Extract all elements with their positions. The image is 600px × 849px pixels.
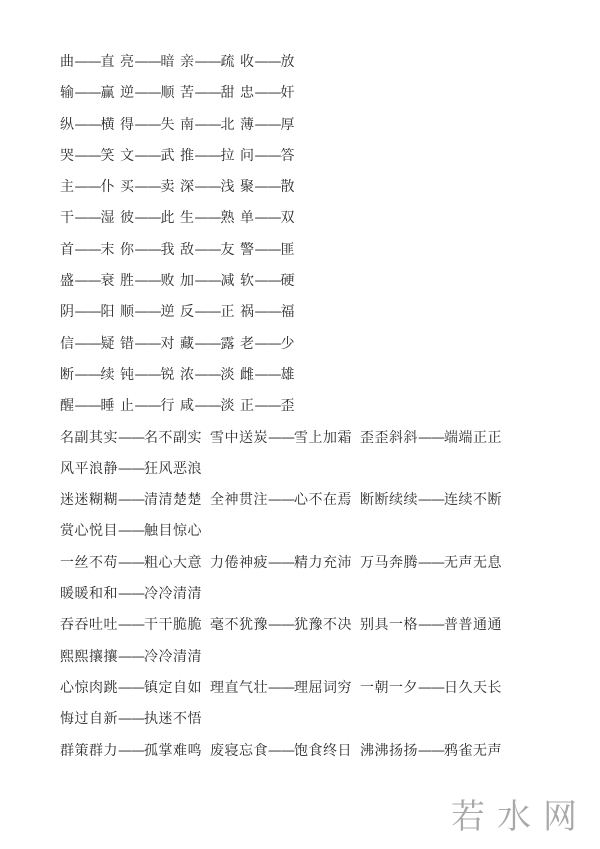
separator-dash: ——: [255, 271, 281, 291]
word-right: 逆: [161, 304, 176, 320]
idiom-pair: 赏心悦目——触目惊心: [60, 521, 202, 541]
antonym-pair: 曲——直: [60, 52, 115, 72]
watermark-subtext: [445, 836, 595, 844]
word-right: 疑: [101, 336, 116, 352]
antonym-line: 主——仆买——卖深——浅聚——散: [60, 177, 560, 208]
word-right: 拉: [221, 148, 236, 164]
word-left: 逆: [120, 85, 135, 101]
word-right: 少: [281, 336, 296, 352]
antonym-pair: 买——卖: [120, 177, 175, 197]
separator-dash: ——: [135, 271, 161, 291]
word-left: 干: [60, 210, 75, 226]
separator-dash: ——: [195, 146, 221, 166]
word-right: 犹豫不决: [294, 617, 352, 633]
separator-dash: ——: [135, 240, 161, 260]
word-left: 废寝忘食: [210, 743, 268, 759]
word-right: 锐: [161, 367, 176, 383]
antonym-pair: 钝——锐: [120, 365, 175, 385]
word-left: 止: [120, 398, 135, 414]
antonym-line: 哭——笑文——武推——拉问——答: [60, 146, 560, 177]
word-right: 此: [161, 210, 176, 226]
separator-dash: ——: [195, 208, 221, 228]
word-left: 软: [240, 273, 255, 289]
separator-dash: ——: [75, 334, 101, 354]
separator-dash: ——: [268, 490, 294, 510]
word-right: 镇定自如: [144, 680, 202, 696]
word-left: 风平浪静: [60, 461, 118, 477]
word-right: 横: [101, 117, 116, 133]
word-right: 执迷不悟: [144, 711, 202, 727]
antonym-pair: 彼——此: [120, 208, 175, 228]
antonym-line: 曲——直亮——暗亲——疏收——放: [60, 52, 560, 83]
separator-dash: ——: [195, 302, 221, 322]
word-left: 悔过自新: [60, 711, 118, 727]
word-right: 放: [281, 54, 296, 70]
word-left: 文: [120, 148, 135, 164]
word-left: 断: [60, 367, 75, 383]
word-right: 硬: [281, 273, 296, 289]
word-left: 薄: [240, 117, 255, 133]
word-left: 断断续续: [360, 492, 418, 508]
word-right: 我: [161, 242, 176, 258]
word-left: 醒: [60, 398, 75, 414]
word-left: 苦: [180, 85, 195, 101]
antonym-pair: 断——续: [60, 365, 115, 385]
separator-dash: ——: [195, 396, 221, 416]
word-left: 老: [240, 336, 255, 352]
word-right: 干干脆脆: [144, 617, 202, 633]
idiom-line: 悔过自新——执迷不悟: [60, 709, 560, 740]
antonym-pair: 文——武: [120, 146, 175, 166]
word-right: 理屈词穷: [294, 680, 352, 696]
antonym-pair: 亲——疏: [180, 52, 235, 72]
separator-dash: ——: [268, 615, 294, 635]
separator-dash: ——: [135, 83, 161, 103]
separator-dash: ——: [255, 177, 281, 197]
idiom-line: 风平浪静——狂风恶浪: [60, 459, 560, 490]
word-right: 鸦雀无声: [444, 743, 502, 759]
word-right: 阳: [101, 304, 116, 320]
separator-dash: ——: [118, 741, 144, 761]
separator-dash: ——: [135, 52, 161, 72]
word-left: 迷迷糊糊: [60, 492, 118, 508]
antonym-pair: 深——浅: [180, 177, 235, 197]
antonym-pair: 阴——阳: [60, 302, 115, 322]
separator-dash: ——: [75, 396, 101, 416]
word-left: 吞吞吐吐: [60, 617, 118, 633]
idiom-line: 吞吞吐吐——干干脆脆毫不犹豫——犹豫不决别具一格——普普通通: [60, 615, 560, 646]
separator-dash: ——: [418, 741, 444, 761]
word-right: 心不在焉: [294, 492, 352, 508]
separator-dash: ——: [195, 52, 221, 72]
word-right: 笑: [101, 148, 116, 164]
idiom-pair: 毫不犹豫——犹豫不决: [210, 615, 352, 635]
separator-dash: ——: [135, 146, 161, 166]
word-right: 正: [221, 304, 236, 320]
separator-dash: ——: [255, 396, 281, 416]
antonym-pair: 软——硬: [240, 271, 295, 291]
word-right: 奸: [281, 85, 296, 101]
idiom-pair: 万马奔腾——无声无息: [360, 553, 502, 573]
separator-dash: ——: [75, 208, 101, 228]
word-left: 聚: [240, 179, 255, 195]
word-left: 输: [60, 85, 75, 101]
word-right: 冷冷清清: [144, 649, 202, 665]
word-left: 暖暖和和: [60, 586, 118, 602]
antonym-pair: 主——仆: [60, 177, 115, 197]
word-right: 淡: [221, 398, 236, 414]
idiom-pair: 废寝忘食——饱食终日: [210, 741, 352, 761]
separator-dash: ——: [135, 365, 161, 385]
antonym-pair: 祸——福: [240, 302, 295, 322]
word-left: 盛: [60, 273, 75, 289]
word-right: 露: [221, 336, 236, 352]
idiom-line: 熙熙攘攘——冷冷清清: [60, 647, 560, 678]
word-right: 仆: [101, 179, 116, 195]
word-left: 你: [120, 242, 135, 258]
word-left: 全神贯注: [210, 492, 268, 508]
word-right: 雪上加霜: [294, 430, 352, 446]
word-left: 一朝一夕: [360, 680, 418, 696]
word-left: 正: [240, 398, 255, 414]
word-right: 卖: [161, 179, 176, 195]
word-right: 熟: [221, 210, 236, 226]
separator-dash: ——: [195, 115, 221, 135]
idiom-line: 暖暖和和——冷冷清清: [60, 584, 560, 615]
word-right: 末: [101, 242, 116, 258]
separator-dash: ——: [195, 334, 221, 354]
word-right: 触目惊心: [144, 523, 202, 539]
idiom-pair: 力倦神疲——精力充沛: [210, 553, 352, 573]
word-left: 赏心悦目: [60, 523, 118, 539]
antonym-pair: 收——放: [240, 52, 295, 72]
separator-dash: ——: [135, 115, 161, 135]
idiom-line: 群策群力——孤掌难鸣废寝忘食——饱食终日沸沸扬扬——鸦雀无声: [60, 741, 560, 772]
antonym-pair: 干——湿: [60, 208, 115, 228]
antonym-pair: 盛——衰: [60, 271, 115, 291]
word-left: 深: [180, 179, 195, 195]
word-left: 名副其实: [60, 430, 118, 446]
word-right: 甜: [221, 85, 236, 101]
word-left: 雪中送炭: [210, 430, 268, 446]
separator-dash: ——: [135, 396, 161, 416]
word-right: 淡: [221, 367, 236, 383]
antonym-pair: 胜——败: [120, 271, 175, 291]
separator-dash: ——: [418, 428, 444, 448]
word-left: 亲: [180, 54, 195, 70]
word-left: 熙熙攘攘: [60, 649, 118, 665]
word-left: 推: [180, 148, 195, 164]
word-left: 得: [120, 117, 135, 133]
word-right: 湿: [101, 210, 116, 226]
separator-dash: ——: [118, 521, 144, 541]
word-left: 阴: [60, 304, 75, 320]
antonym-pair: 正——歪: [240, 396, 295, 416]
antonym-pair: 老——少: [240, 334, 295, 354]
word-right: 雄: [281, 367, 296, 383]
word-left: 问: [240, 148, 255, 164]
idiom-pair: 歪歪斜斜——端端正正: [360, 428, 502, 448]
word-left: 亮: [120, 54, 135, 70]
separator-dash: ——: [75, 83, 101, 103]
word-left: 南: [180, 117, 195, 133]
word-left: 万马奔腾: [360, 555, 418, 571]
separator-dash: ——: [255, 146, 281, 166]
separator-dash: ——: [118, 553, 144, 573]
antonym-pair: 首——末: [60, 240, 115, 260]
antonym-pair: 生——熟: [180, 208, 235, 228]
word-right: 散: [281, 179, 296, 195]
separator-dash: ——: [418, 678, 444, 698]
word-right: 睡: [101, 398, 116, 414]
idiom-pair: 一丝不苟——粗心大意: [60, 553, 202, 573]
word-left: 钝: [120, 367, 135, 383]
idiom-pair: 暖暖和和——冷冷清清: [60, 584, 202, 604]
separator-dash: ——: [268, 553, 294, 573]
idiom-pair: 一朝一夕——日久天长: [360, 678, 502, 698]
separator-dash: ——: [255, 208, 281, 228]
word-right: 匪: [281, 242, 296, 258]
word-left: 祸: [240, 304, 255, 320]
antonym-pair: 推——拉: [180, 146, 235, 166]
word-right: 赢: [101, 85, 116, 101]
idiom-pair: 别具一格——普普通通: [360, 615, 502, 635]
antonym-pair: 错——对: [120, 334, 175, 354]
antonym-pair: 得——失: [120, 115, 175, 135]
antonym-pair: 纵——横: [60, 115, 115, 135]
antonym-pair: 浓——淡: [180, 365, 235, 385]
word-right: 狂风恶浪: [144, 461, 202, 477]
idiom-pair: 雪中送炭——雪上加霜: [210, 428, 352, 448]
document-page: 曲——直亮——暗亲——疏收——放输——赢逆——顺苦——甜忠——奸纵——横得——失…: [60, 52, 560, 772]
separator-dash: ——: [135, 177, 161, 197]
separator-dash: ——: [268, 428, 294, 448]
word-right: 福: [281, 304, 296, 320]
antonym-line: 干——湿彼——此生——熟单——双: [60, 208, 560, 239]
separator-dash: ——: [195, 240, 221, 260]
antonym-pair: 雌——雄: [240, 365, 295, 385]
idiom-pair: 群策群力——孤掌难鸣: [60, 741, 202, 761]
word-right: 端端正正: [444, 430, 502, 446]
separator-dash: ——: [255, 240, 281, 260]
antonym-line: 信——疑错——对藏——露老——少: [60, 334, 560, 365]
antonym-pair: 藏——露: [180, 334, 235, 354]
idiom-pair: 悔过自新——执迷不悟: [60, 709, 202, 729]
separator-dash: ——: [75, 365, 101, 385]
antonym-pair: 哭——笑: [60, 146, 115, 166]
antonym-line: 断——续钝——锐浓——淡雌——雄: [60, 365, 560, 396]
separator-dash: ——: [268, 678, 294, 698]
antonym-pair: 反——正: [180, 302, 235, 322]
separator-dash: ——: [418, 615, 444, 635]
word-right: 减: [221, 273, 236, 289]
antonym-pair: 加——减: [180, 271, 235, 291]
antonym-pair: 单——双: [240, 208, 295, 228]
idiom-pair: 全神贯注——心不在焉: [210, 490, 352, 510]
word-left: 沸沸扬扬: [360, 743, 418, 759]
word-right: 暗: [161, 54, 176, 70]
word-right: 续: [101, 367, 116, 383]
antonym-pair: 苦——甜: [180, 83, 235, 103]
idiom-pair: 迷迷糊糊——清清楚楚: [60, 490, 202, 510]
word-left: 曲: [60, 54, 75, 70]
separator-dash: ——: [118, 490, 144, 510]
word-left: 信: [60, 336, 75, 352]
antonym-pair: 忠——奸: [240, 83, 295, 103]
word-left: 浓: [180, 367, 195, 383]
word-right: 双: [281, 210, 296, 226]
word-right: 普普通通: [444, 617, 502, 633]
antonym-line: 首——末你——我敌——友警——匪: [60, 240, 560, 271]
word-right: 北: [221, 117, 236, 133]
idiom-pair: 理直气壮——理屈词穷: [210, 678, 352, 698]
antonym-pair: 输——赢: [60, 83, 115, 103]
idiom-pair: 断断续续——连续不断: [360, 490, 502, 510]
word-left: 纵: [60, 117, 75, 133]
word-right: 粗心大意: [144, 555, 202, 571]
antonym-pair: 醒——睡: [60, 396, 115, 416]
separator-dash: ——: [118, 647, 144, 667]
word-left: 顺: [120, 304, 135, 320]
word-right: 连续不断: [444, 492, 502, 508]
word-left: 买: [120, 179, 135, 195]
word-left: 首: [60, 242, 75, 258]
separator-dash: ——: [418, 490, 444, 510]
antonym-line: 盛——衰胜——败加——减软——硬: [60, 271, 560, 302]
word-right: 精力充沛: [294, 555, 352, 571]
separator-dash: ——: [118, 584, 144, 604]
word-right: 行: [161, 398, 176, 414]
separator-dash: ——: [135, 208, 161, 228]
word-left: 警: [240, 242, 255, 258]
separator-dash: ——: [75, 302, 101, 322]
word-left: 主: [60, 179, 75, 195]
separator-dash: ——: [255, 302, 281, 322]
antonym-pair: 逆——顺: [120, 83, 175, 103]
antonym-line: 阴——阳顺——逆反——正祸——福: [60, 302, 560, 333]
word-left: 别具一格: [360, 617, 418, 633]
idiom-pair: 风平浪静——狂风恶浪: [60, 459, 202, 479]
separator-dash: ——: [195, 365, 221, 385]
separator-dash: ——: [75, 271, 101, 291]
separator-dash: ——: [268, 741, 294, 761]
separator-dash: ——: [118, 615, 144, 635]
antonym-pair: 亮——暗: [120, 52, 175, 72]
antonym-pair: 咸——淡: [180, 396, 235, 416]
antonym-pair: 聚——散: [240, 177, 295, 197]
idiom-pair: 心惊肉跳——镇定自如: [60, 678, 202, 698]
separator-dash: ——: [195, 271, 221, 291]
word-right: 失: [161, 117, 176, 133]
idiom-pair: 熙熙攘攘——冷冷清清: [60, 647, 202, 667]
word-right: 清清楚楚: [144, 492, 202, 508]
separator-dash: ——: [255, 83, 281, 103]
word-left: 理直气壮: [210, 680, 268, 696]
antonym-pair: 顺——逆: [120, 302, 175, 322]
separator-dash: ——: [135, 334, 161, 354]
separator-dash: ——: [118, 678, 144, 698]
idiom-pair: 吞吞吐吐——干干脆脆: [60, 615, 202, 635]
word-left: 反: [180, 304, 195, 320]
idiom-line: 名副其实——名不副实雪中送炭——雪上加霜歪歪斜斜——端端正正: [60, 428, 560, 459]
watermark-logo-text: 若水网: [445, 798, 595, 836]
word-left: 群策群力: [60, 743, 118, 759]
word-left: 胜: [120, 273, 135, 289]
word-right: 日久天长: [444, 680, 502, 696]
word-right: 厚: [281, 117, 296, 133]
separator-dash: ——: [255, 115, 281, 135]
idiom-line: 一丝不苟——粗心大意力倦神疲——精力充沛万马奔腾——无声无息: [60, 553, 560, 584]
separator-dash: ——: [255, 365, 281, 385]
word-right: 友: [221, 242, 236, 258]
word-right: 孤掌难鸣: [144, 743, 202, 759]
word-right: 疏: [221, 54, 236, 70]
word-left: 藏: [180, 336, 195, 352]
word-left: 心惊肉跳: [60, 680, 118, 696]
antonym-pair: 敌——友: [180, 240, 235, 260]
watermark: 若水网: [445, 798, 595, 844]
antonym-pair: 警——匪: [240, 240, 295, 260]
word-right: 顺: [161, 85, 176, 101]
word-left: 歪歪斜斜: [360, 430, 418, 446]
word-right: 歪: [281, 398, 296, 414]
word-left: 哭: [60, 148, 75, 164]
antonym-line: 醒——睡止——行咸——淡正——歪: [60, 396, 560, 427]
separator-dash: ——: [135, 302, 161, 322]
word-right: 直: [101, 54, 116, 70]
word-right: 冷冷清清: [144, 586, 202, 602]
separator-dash: ——: [75, 115, 101, 135]
separator-dash: ——: [195, 83, 221, 103]
word-right: 无声无息: [444, 555, 502, 571]
word-left: 彼: [120, 210, 135, 226]
antonym-pair: 问——答: [240, 146, 295, 166]
idiom-line: 迷迷糊糊——清清楚楚全神贯注——心不在焉断断续续——连续不断: [60, 490, 560, 521]
word-left: 错: [120, 336, 135, 352]
separator-dash: ——: [418, 553, 444, 573]
separator-dash: ——: [255, 52, 281, 72]
word-left: 雌: [240, 367, 255, 383]
separator-dash: ——: [75, 177, 101, 197]
word-right: 饱食终日: [294, 743, 352, 759]
antonym-line: 输——赢逆——顺苦——甜忠——奸: [60, 83, 560, 114]
idiom-line: 赏心悦目——触目惊心: [60, 521, 560, 552]
antonym-pair: 薄——厚: [240, 115, 295, 135]
separator-dash: ——: [118, 709, 144, 729]
word-left: 忠: [240, 85, 255, 101]
antonym-pair: 南——北: [180, 115, 235, 135]
word-right: 名不副实: [144, 430, 202, 446]
word-left: 咸: [180, 398, 195, 414]
antonym-pair: 你——我: [120, 240, 175, 260]
word-right: 对: [161, 336, 176, 352]
separator-dash: ——: [75, 146, 101, 166]
word-right: 浅: [221, 179, 236, 195]
word-right: 衰: [101, 273, 116, 289]
antonym-pair: 止——行: [120, 396, 175, 416]
word-left: 毫不犹豫: [210, 617, 268, 633]
word-left: 单: [240, 210, 255, 226]
word-left: 收: [240, 54, 255, 70]
word-left: 加: [180, 273, 195, 289]
separator-dash: ——: [118, 428, 144, 448]
idiom-line: 心惊肉跳——镇定自如理直气壮——理屈词穷一朝一夕——日久天长: [60, 678, 560, 709]
separator-dash: ——: [75, 240, 101, 260]
word-left: 力倦神疲: [210, 555, 268, 571]
word-left: 敌: [180, 242, 195, 258]
separator-dash: ——: [255, 334, 281, 354]
word-right: 答: [281, 148, 296, 164]
